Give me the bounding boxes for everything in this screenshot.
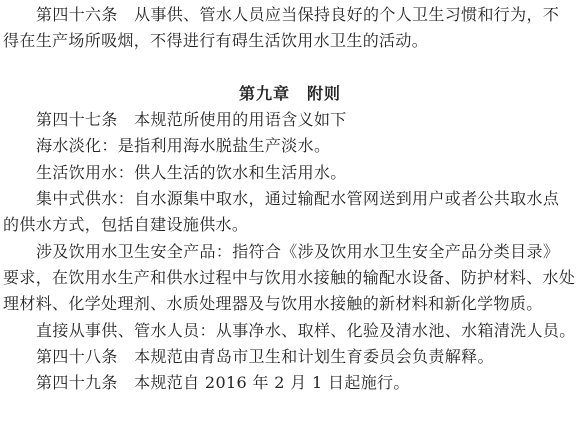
- document-page: 第四十六条 从事供、管水人员应当保持良好的个人卫生习惯和行为，不 得在生产场所吸…: [0, 0, 582, 422]
- paragraph-text: 第四十八条 本规范由青岛市卫生和计划生育委员会负责解释。: [3, 344, 577, 370]
- paragraph-text: 涉及饮用水卫生安全产品：指符合《涉及饮用水卫生安全产品分类目录》 要求，在饮用水…: [3, 239, 577, 318]
- chapter-heading: 第九章 附则: [3, 81, 577, 107]
- paragraph-text: 海水淡化：是指利用海水脱盐生产淡水。: [3, 133, 577, 159]
- paragraph-text: 第四十七条 本规范所使用的用语含义如下: [3, 107, 577, 133]
- paragraph-text: 集中式供水：自水源集中取水，通过输配水管网送到用户或者公共取水点 的供水方式，包…: [3, 186, 577, 239]
- paragraph-text: 第四十九条 本规范自 2016 年 2 月 1 日起施行。: [3, 370, 577, 396]
- blank-line: [3, 55, 577, 81]
- paragraph-text: 第四十六条 从事供、管水人员应当保持良好的个人卫生习惯和行为，不 得在生产场所吸…: [3, 2, 577, 55]
- document-body: 第四十六条 从事供、管水人员应当保持良好的个人卫生习惯和行为，不 得在生产场所吸…: [3, 2, 577, 396]
- paragraph-text: 直接从事供、管水人员：从事净水、取样、化验及清水池、水箱清洗人员。: [3, 318, 577, 344]
- paragraph-text: 生活饮用水：供人生活的饮水和生活用水。: [3, 160, 577, 186]
